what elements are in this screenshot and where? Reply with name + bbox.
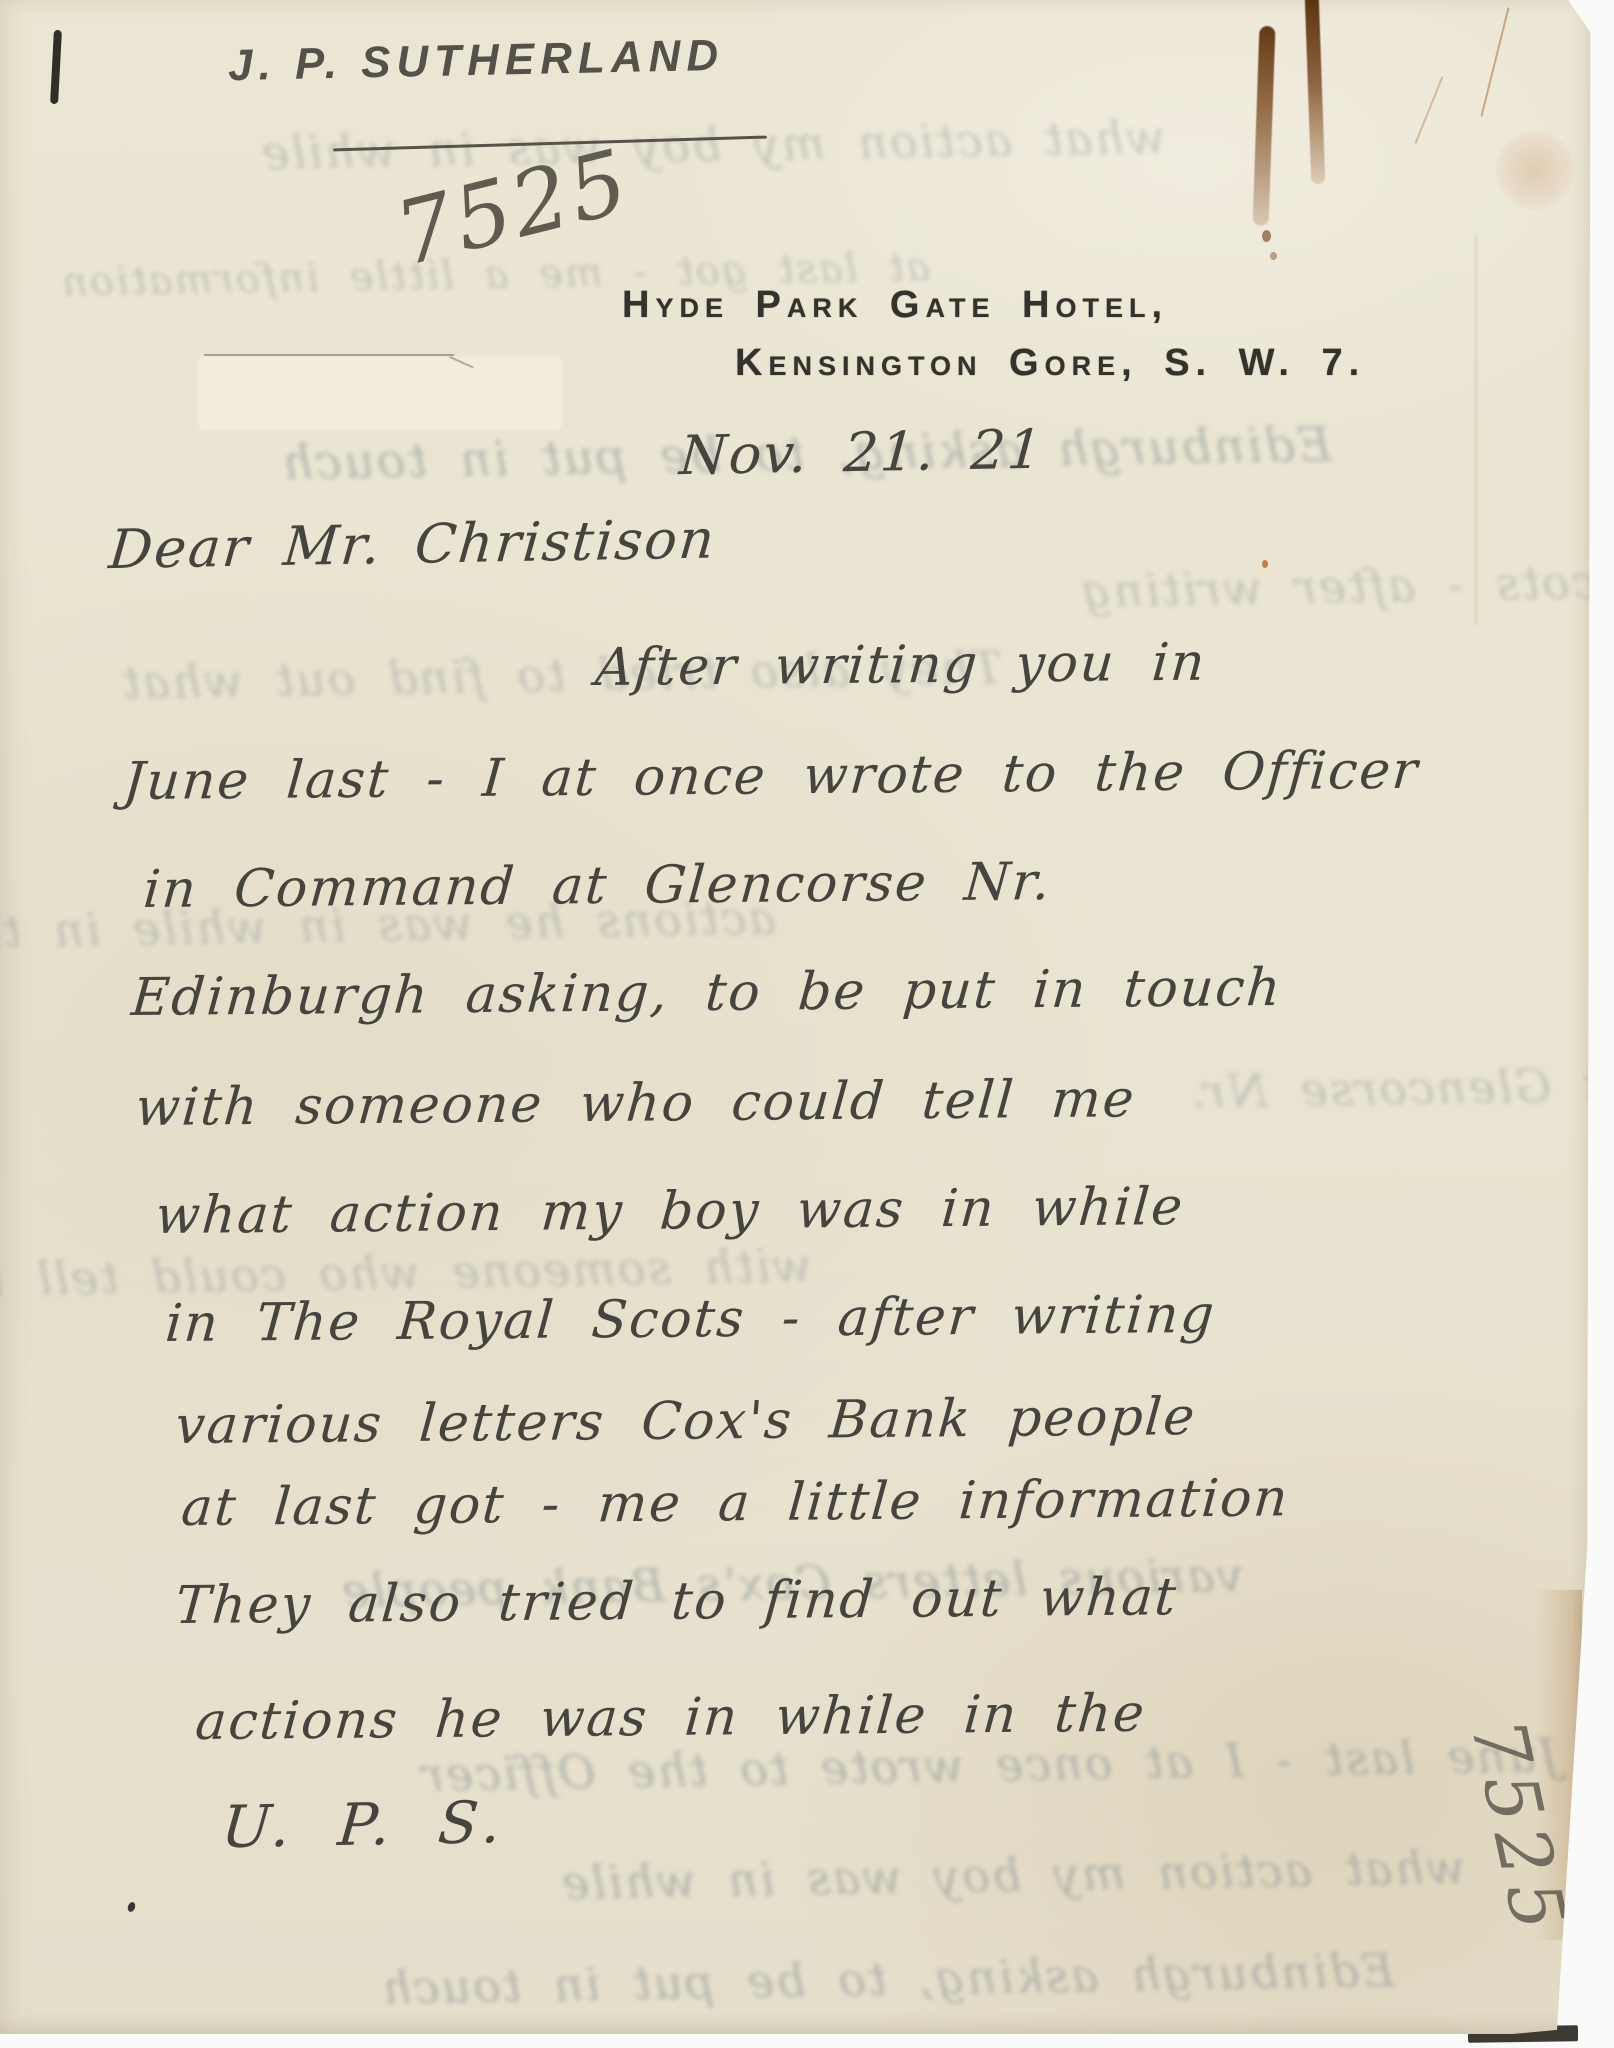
- closing-initials: U. P. S.: [219, 1788, 510, 1861]
- bleedthrough-text: in Command at Glencorse Nr.: [1190, 1051, 1592, 1119]
- ink-stain-drop: [1270, 252, 1277, 260]
- ink-stain: [1305, 0, 1326, 184]
- letter-date: Nov. 21. 21: [678, 418, 1046, 487]
- handwritten-line: Edinburgh asking, to be put in touch: [129, 958, 1284, 1028]
- handwritten-line: June last - I at once wrote to the Offic…: [121, 741, 1421, 812]
- letterhead-address: Kensington Gore, S. W. 7.: [735, 342, 1365, 385]
- bleedthrough-text: Edinburgh asking, to be put in touch: [380, 1943, 1395, 2015]
- faint-stain: [1496, 130, 1574, 210]
- salutation: Dear Mr. Christison: [106, 507, 718, 581]
- ink-stain-drop: [1262, 230, 1271, 242]
- handwritten-line: with someone who could tell me: [133, 1069, 1138, 1138]
- paper-crease: [1475, 235, 1477, 625]
- erasure-patch: [198, 356, 562, 430]
- scanned-letter-page: what action my boy was in while at last …: [0, 0, 1614, 2048]
- letter-paper: what action my boy was in while at last …: [0, 0, 1592, 2034]
- handwritten-line: in The Royal Scots - after writing: [163, 1285, 1218, 1354]
- erasure-line: [204, 354, 454, 356]
- handwritten-line: in Command at Glencorse Nr.: [141, 852, 1054, 920]
- stain-speck: [1262, 560, 1268, 568]
- scratch-mark: [1415, 76, 1444, 144]
- ink-stain: [1253, 26, 1276, 226]
- margin-mark-one: [50, 30, 62, 104]
- handwritten-line: various letters Cox's Bank people: [173, 1387, 1198, 1456]
- letterhead-hotel-name: Hyde Park Gate Hotel,: [622, 284, 1168, 327]
- scratch-mark: [1480, 7, 1509, 116]
- ink-dot: [127, 1901, 137, 1913]
- name-heading: J. P. SUTHERLAND: [228, 31, 725, 91]
- handwritten-line: at last got - me a little information: [179, 1468, 1291, 1538]
- bleedthrough-text: what action my boy was in while: [560, 1840, 1466, 1910]
- bleedthrough-text: what action my boy was in while: [260, 110, 1166, 180]
- bleedthrough-text: in The Royal Scots - after writing: [1080, 548, 1592, 618]
- handwritten-line: what action my boy was in while: [153, 1177, 1186, 1246]
- handwritten-line: After writing you in: [593, 633, 1208, 698]
- handwritten-line: actions he was in while in the: [193, 1684, 1148, 1752]
- handwritten-line: They also tried to find out what: [173, 1567, 1180, 1636]
